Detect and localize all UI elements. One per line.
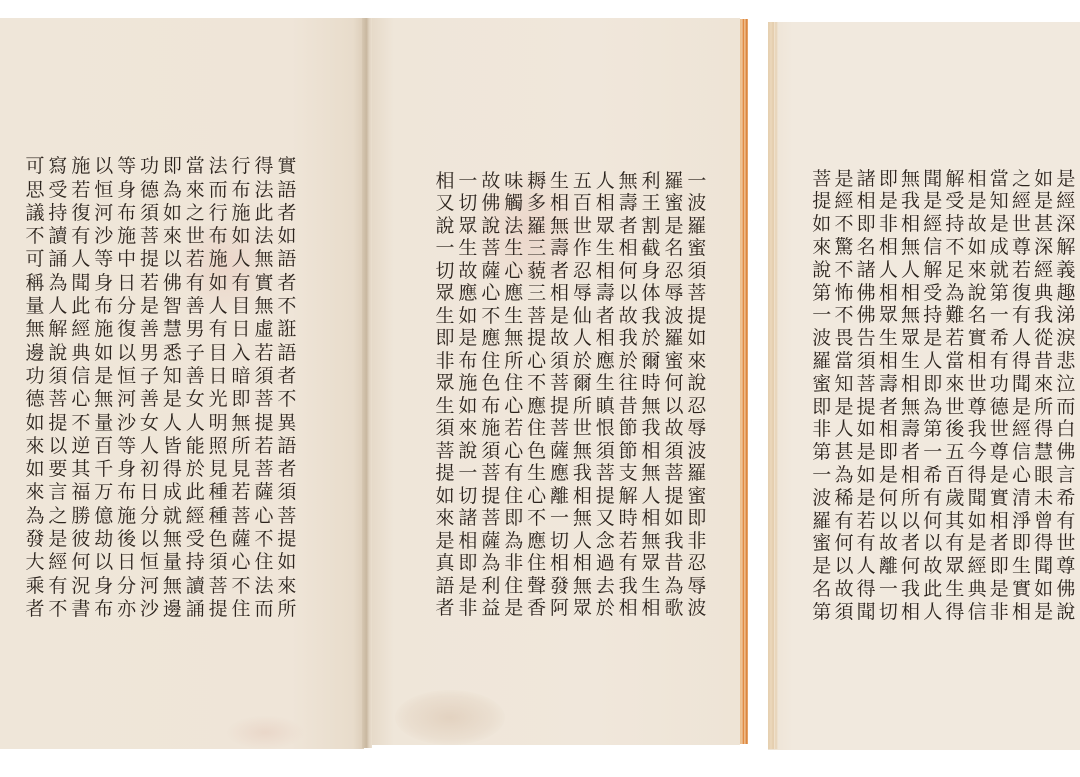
- character: 無: [899, 168, 921, 191]
- character: 阿: [548, 597, 571, 620]
- character: 德: [24, 388, 47, 411]
- character: 施: [69, 155, 92, 178]
- character: 辱: [685, 575, 708, 598]
- character: 佛: [479, 192, 502, 215]
- character: 布: [92, 295, 115, 318]
- character: 入: [230, 342, 253, 365]
- character: 眾: [877, 304, 899, 327]
- character: 為: [479, 552, 502, 575]
- character: 無: [253, 295, 276, 318]
- character: 智: [161, 295, 184, 318]
- character: 法: [502, 215, 525, 238]
- character: 布: [115, 202, 138, 225]
- character: 經: [46, 551, 69, 574]
- character: 蜜: [685, 237, 708, 260]
- character: 施: [92, 318, 115, 341]
- character: 河: [92, 202, 115, 225]
- character: 多: [525, 192, 548, 215]
- character: 解: [617, 485, 640, 508]
- character: 非: [685, 530, 708, 553]
- character: 壽: [617, 192, 640, 215]
- character: 世: [988, 418, 1010, 441]
- character: 應: [525, 530, 548, 553]
- character: 知: [161, 365, 184, 388]
- character: 相: [899, 213, 921, 236]
- character: 何: [69, 551, 92, 574]
- character: 尊: [966, 396, 988, 419]
- character: 典: [1033, 282, 1055, 305]
- character: 生: [1010, 555, 1032, 578]
- character: 得: [1010, 350, 1032, 373]
- character: 來: [685, 350, 708, 373]
- character: 切: [548, 530, 571, 553]
- character: 提: [811, 190, 833, 213]
- text-column: 是經深解義趣涕淚悲泣而白佛言希有世尊佛說: [1055, 168, 1077, 624]
- character: 分: [115, 295, 138, 318]
- character: 万: [92, 481, 115, 504]
- character: 說: [1055, 601, 1077, 624]
- character: 是: [548, 305, 571, 328]
- character: 人: [877, 259, 899, 282]
- character: 三: [525, 282, 548, 305]
- character: 又: [434, 192, 457, 215]
- character: 來: [434, 507, 457, 530]
- character: 佛: [855, 304, 877, 327]
- character: 來: [966, 259, 988, 282]
- character: 菩: [230, 505, 253, 528]
- character: 語: [275, 248, 298, 271]
- text-column: 羅蜜是名忍辱波羅蜜何以故須菩提如我昔為歌: [663, 170, 686, 620]
- character: 辱: [571, 282, 594, 305]
- character: 香: [525, 597, 548, 620]
- character: 如: [456, 395, 479, 418]
- character: 功: [138, 155, 161, 178]
- character: 為: [24, 505, 47, 528]
- character: 五: [944, 441, 966, 464]
- character: 色: [525, 440, 548, 463]
- character: 為: [922, 396, 944, 419]
- character: 信: [1010, 441, 1032, 464]
- character: 邊: [161, 598, 184, 621]
- text-column: 等身布施中日分復以恒河沙等身布施後日分亦: [115, 155, 138, 621]
- character: 成: [161, 481, 184, 504]
- character: 逆: [69, 435, 92, 458]
- character: 相: [456, 530, 479, 553]
- character: 無: [161, 575, 184, 598]
- character: 無: [617, 170, 640, 193]
- character: 提: [594, 485, 617, 508]
- character: 心: [525, 485, 548, 508]
- character: 一: [988, 304, 1010, 327]
- character: 就: [161, 505, 184, 528]
- character: 其: [944, 510, 966, 533]
- character: 如: [966, 510, 988, 533]
- text-column: 一切眾生故應如是布施如來說一切諸相即是非: [456, 170, 479, 620]
- character: 人: [594, 170, 617, 193]
- character: 者: [988, 532, 1010, 555]
- character: 如: [966, 236, 988, 259]
- character: 是: [966, 190, 988, 213]
- character: 為: [663, 575, 686, 598]
- character: 應: [502, 282, 525, 305]
- character: 相: [899, 601, 921, 624]
- character: 為: [944, 282, 966, 305]
- character: 忍: [685, 552, 708, 575]
- character: 有: [230, 272, 253, 295]
- character: 即: [877, 441, 899, 464]
- character: 波: [685, 192, 708, 215]
- page-block-edge: [740, 19, 748, 744]
- character: 如: [230, 225, 253, 248]
- character: 耨: [525, 170, 548, 193]
- character: 相: [966, 350, 988, 373]
- character: 是: [855, 441, 877, 464]
- character: 相: [988, 510, 1010, 533]
- character: 人: [640, 485, 663, 508]
- character: 之: [184, 202, 207, 225]
- character: 相: [877, 350, 899, 373]
- character: 所: [571, 395, 594, 418]
- character: 菩: [594, 462, 617, 485]
- character: 薩: [253, 481, 276, 504]
- character: 當: [184, 155, 207, 178]
- character: 如: [207, 272, 230, 295]
- character: 善: [184, 365, 207, 388]
- character: 以: [899, 510, 921, 533]
- character: 菩: [811, 168, 833, 191]
- character: 應: [456, 282, 479, 305]
- character: 當: [988, 168, 1010, 191]
- character: 行: [230, 155, 253, 178]
- character: 壽: [877, 373, 899, 396]
- character: 世: [571, 417, 594, 440]
- character: 者: [899, 441, 921, 464]
- character: 解: [922, 259, 944, 282]
- character: 解: [944, 168, 966, 191]
- character: 波: [663, 305, 686, 328]
- character: 蜜: [685, 485, 708, 508]
- text-column: 五百世作忍辱仙人於爾所世無我相無人相無眾: [571, 170, 594, 620]
- character: 心: [230, 551, 253, 574]
- character: 世: [1010, 213, 1032, 236]
- character: 法: [207, 155, 230, 178]
- character: 薩: [230, 528, 253, 551]
- character: 所: [502, 350, 525, 373]
- character: 照: [207, 435, 230, 458]
- character: 是: [833, 396, 855, 419]
- character: 是: [855, 487, 877, 510]
- character: 身: [115, 179, 138, 202]
- character: 日: [115, 551, 138, 574]
- text-column: 實語者如語者不誑語者不異語者須菩提如來所: [275, 155, 298, 621]
- character: 聞: [966, 487, 988, 510]
- character: 實: [988, 487, 1010, 510]
- character: 日: [138, 481, 161, 504]
- character: 不: [275, 388, 298, 411]
- page-stack-edge: [768, 22, 778, 749]
- character: 截: [640, 237, 663, 260]
- character: 相: [434, 170, 457, 193]
- character: 義: [1055, 259, 1077, 282]
- character: 王: [640, 192, 663, 215]
- character: 心: [502, 440, 525, 463]
- character: 故: [922, 555, 944, 578]
- character: 觸: [502, 192, 525, 215]
- character: 應: [594, 350, 617, 373]
- character: 說: [479, 215, 502, 238]
- character: 眾: [640, 552, 663, 575]
- character: 無: [230, 412, 253, 435]
- character: 若: [184, 248, 207, 271]
- character: 後: [944, 418, 966, 441]
- character: 人: [922, 601, 944, 624]
- character: 恨: [594, 417, 617, 440]
- character: 經: [1010, 190, 1032, 213]
- character: 我: [640, 417, 663, 440]
- character: 我: [663, 530, 686, 553]
- character: 此: [922, 578, 944, 601]
- character: 無: [571, 507, 594, 530]
- character: 非: [502, 552, 525, 575]
- character: 如: [434, 485, 457, 508]
- character: 人: [207, 295, 230, 318]
- character: 涕: [1055, 304, 1077, 327]
- character: 若: [138, 272, 161, 295]
- character: 故: [966, 213, 988, 236]
- character: 一: [456, 462, 479, 485]
- character: 況: [69, 575, 92, 598]
- character: 菩: [525, 305, 548, 328]
- character: 生: [548, 170, 571, 193]
- character: 眾: [594, 215, 617, 238]
- character: 是: [1010, 396, 1032, 419]
- character: 薩: [479, 260, 502, 283]
- character: 經: [833, 190, 855, 213]
- character: 相: [1010, 601, 1032, 624]
- character: 日: [230, 318, 253, 341]
- character: 歌: [663, 597, 686, 620]
- character: 福: [69, 481, 92, 504]
- character: 須: [138, 202, 161, 225]
- left-page-text: 實語者如語者不誑語者不異語者須菩提如來所 得法此法無實無虛若須菩提若菩薩心不住法…: [24, 155, 299, 621]
- character: 支: [617, 462, 640, 485]
- character: 有: [922, 487, 944, 510]
- character: 眾: [899, 327, 921, 350]
- character: 第: [811, 282, 833, 305]
- character: 量: [92, 412, 115, 435]
- character: 辱: [685, 417, 708, 440]
- character: 來: [24, 435, 47, 458]
- character: 如: [811, 213, 833, 236]
- character: 一: [811, 304, 833, 327]
- character: 聞: [1010, 373, 1032, 396]
- character: 須: [479, 440, 502, 463]
- character: 得: [855, 578, 877, 601]
- character: 住: [525, 552, 548, 575]
- character: 施: [115, 505, 138, 528]
- character: 体: [640, 282, 663, 305]
- character: 須: [46, 365, 69, 388]
- character: 即: [685, 507, 708, 530]
- character: 即: [230, 388, 253, 411]
- character: 切: [877, 601, 899, 624]
- character: 悉: [161, 342, 184, 365]
- character: 經: [69, 318, 92, 341]
- character: 議: [24, 202, 47, 225]
- character: 人: [184, 412, 207, 435]
- text-column: 聞是經信解受持是人即為第一希有何以故此人: [922, 168, 944, 624]
- character: 白: [1055, 418, 1077, 441]
- character: 是: [922, 327, 944, 350]
- character: 相: [855, 190, 877, 213]
- character: 身: [92, 575, 115, 598]
- character: 來: [456, 417, 479, 440]
- character: 相: [571, 552, 594, 575]
- character: 何: [877, 487, 899, 510]
- character: 佛: [1055, 578, 1077, 601]
- text-column: 施若復有人聞此經典信心不逆其福勝彼何況書: [69, 155, 92, 621]
- character: 深: [1033, 236, 1055, 259]
- text-column: 如是甚深經典我從昔來所得慧眼未曾得聞如是: [1033, 168, 1055, 624]
- character: 發: [548, 575, 571, 598]
- character: 實: [253, 272, 276, 295]
- character: 其: [69, 458, 92, 481]
- character: 真: [434, 552, 457, 575]
- character: 來: [1033, 373, 1055, 396]
- character: 須: [207, 551, 230, 574]
- character: 即: [988, 555, 1010, 578]
- character: 經: [922, 213, 944, 236]
- character: 為: [161, 179, 184, 202]
- character: 即: [502, 507, 525, 530]
- character: 解: [46, 318, 69, 341]
- character: 若: [230, 481, 253, 504]
- character: 可: [24, 155, 47, 178]
- character: 身: [115, 458, 138, 481]
- character: 切: [434, 260, 457, 283]
- character: 如: [685, 327, 708, 350]
- character: 提: [434, 462, 457, 485]
- character: 稀: [833, 487, 855, 510]
- character: 等: [115, 155, 138, 178]
- character: 羅: [663, 170, 686, 193]
- character: 以: [877, 510, 899, 533]
- character: 讀: [184, 575, 207, 598]
- character: 不: [525, 507, 548, 530]
- character: 以: [922, 532, 944, 555]
- character: 相: [548, 552, 571, 575]
- character: 我: [899, 578, 921, 601]
- character: 有: [502, 462, 525, 485]
- character: 若: [617, 530, 640, 553]
- character: 希: [1055, 487, 1077, 510]
- character: 是: [46, 528, 69, 551]
- character: 如: [24, 412, 47, 435]
- character: 而: [1055, 396, 1077, 419]
- character: 五: [571, 170, 594, 193]
- character: 若: [944, 327, 966, 350]
- character: 見: [207, 458, 230, 481]
- character: 者: [275, 272, 298, 295]
- character: 初: [138, 458, 161, 481]
- character: 復: [115, 318, 138, 341]
- character: 慧: [161, 318, 184, 341]
- character: 而: [207, 179, 230, 202]
- character: 來: [275, 575, 298, 598]
- character: 河: [138, 575, 161, 598]
- character: 即: [922, 373, 944, 396]
- character: 眾: [944, 555, 966, 578]
- character: 當: [944, 350, 966, 373]
- character: 說: [456, 440, 479, 463]
- character: 菩: [434, 440, 457, 463]
- character: 布: [479, 395, 502, 418]
- character: 者: [877, 396, 899, 419]
- character: 即: [161, 155, 184, 178]
- character: 三: [525, 237, 548, 260]
- character: 第: [922, 418, 944, 441]
- character: 以: [138, 528, 161, 551]
- character: 提: [685, 305, 708, 328]
- character: 如: [275, 551, 298, 574]
- character: 者: [617, 215, 640, 238]
- character: 提: [207, 598, 230, 621]
- character: 相: [877, 418, 899, 441]
- character: 經: [1055, 190, 1077, 213]
- character: 百: [92, 435, 115, 458]
- character: 甚: [1033, 213, 1055, 236]
- character: 若: [253, 435, 276, 458]
- character: 語: [275, 179, 298, 202]
- character: 生: [456, 237, 479, 260]
- character: 受: [922, 282, 944, 305]
- character: 菩: [479, 462, 502, 485]
- character: 來: [184, 179, 207, 202]
- character: 皆: [161, 435, 184, 458]
- character: 有: [944, 532, 966, 555]
- character: 此: [69, 295, 92, 318]
- character: 來: [811, 236, 833, 259]
- character: 今: [966, 441, 988, 464]
- character: 施: [479, 417, 502, 440]
- text-column: 解受持不足為難若當來世後五百歲其有眾生得: [944, 168, 966, 624]
- character: 者: [899, 532, 921, 555]
- character: 菩: [275, 505, 298, 528]
- character: 波: [685, 597, 708, 620]
- text-column: 無我相無人相無眾生相無壽者相所以者何我相: [899, 168, 921, 624]
- character: 爾: [571, 372, 594, 395]
- character: 佛: [1055, 441, 1077, 464]
- character: 生: [525, 462, 548, 485]
- character: 若: [1010, 259, 1032, 282]
- character: 億: [92, 505, 115, 528]
- character: 故: [617, 305, 640, 328]
- character: 信: [69, 365, 92, 388]
- character: 須: [594, 440, 617, 463]
- character: 有: [207, 318, 230, 341]
- character: 故: [479, 170, 502, 193]
- character: 得: [253, 155, 276, 178]
- character: 希: [988, 327, 1010, 350]
- character: 子: [184, 342, 207, 365]
- text-column: 以恒河沙等身布施如是無量百千万億劫以身布: [92, 155, 115, 621]
- character: 相: [594, 192, 617, 215]
- character: 須: [434, 417, 457, 440]
- character: 無: [899, 396, 921, 419]
- character: 蜜: [811, 532, 833, 555]
- character: 非: [456, 597, 479, 620]
- character: 此: [184, 481, 207, 504]
